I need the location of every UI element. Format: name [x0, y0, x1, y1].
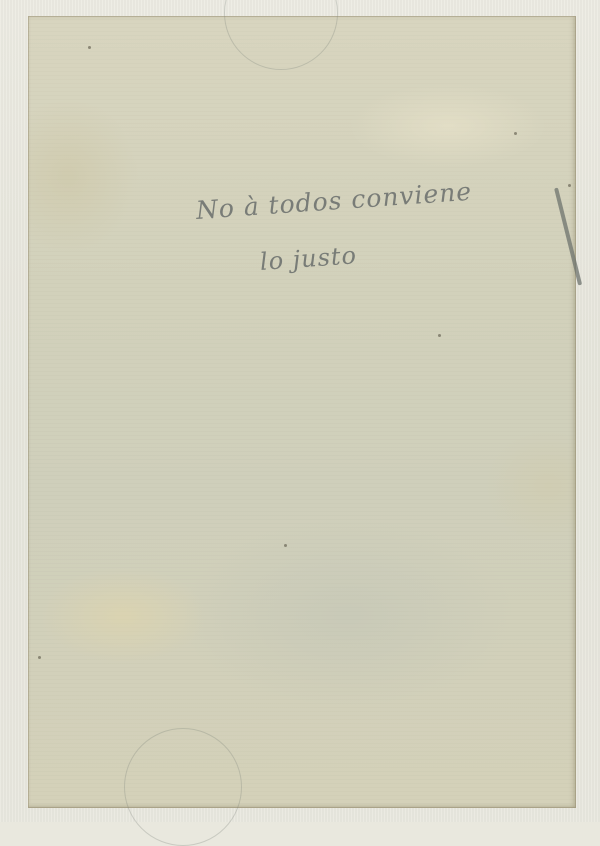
collector-stamp-top [224, 0, 338, 70]
foxing-speck [568, 184, 571, 187]
collector-stamp-bottom [124, 728, 242, 822]
foxing-speck [514, 132, 517, 135]
paper-sheet: No à todos conviene lo justo [28, 16, 576, 808]
foxing-speck [38, 656, 41, 659]
inscription-line-2: lo justo [259, 241, 358, 276]
inscription-line-1: No à todos conviene [195, 177, 473, 225]
backing-board: No à todos conviene lo justo [0, 0, 600, 822]
foxing-speck [88, 46, 91, 49]
foxing-speck [284, 544, 287, 547]
pencil-stroke-mark [554, 188, 582, 286]
foxing-speck [438, 334, 441, 337]
